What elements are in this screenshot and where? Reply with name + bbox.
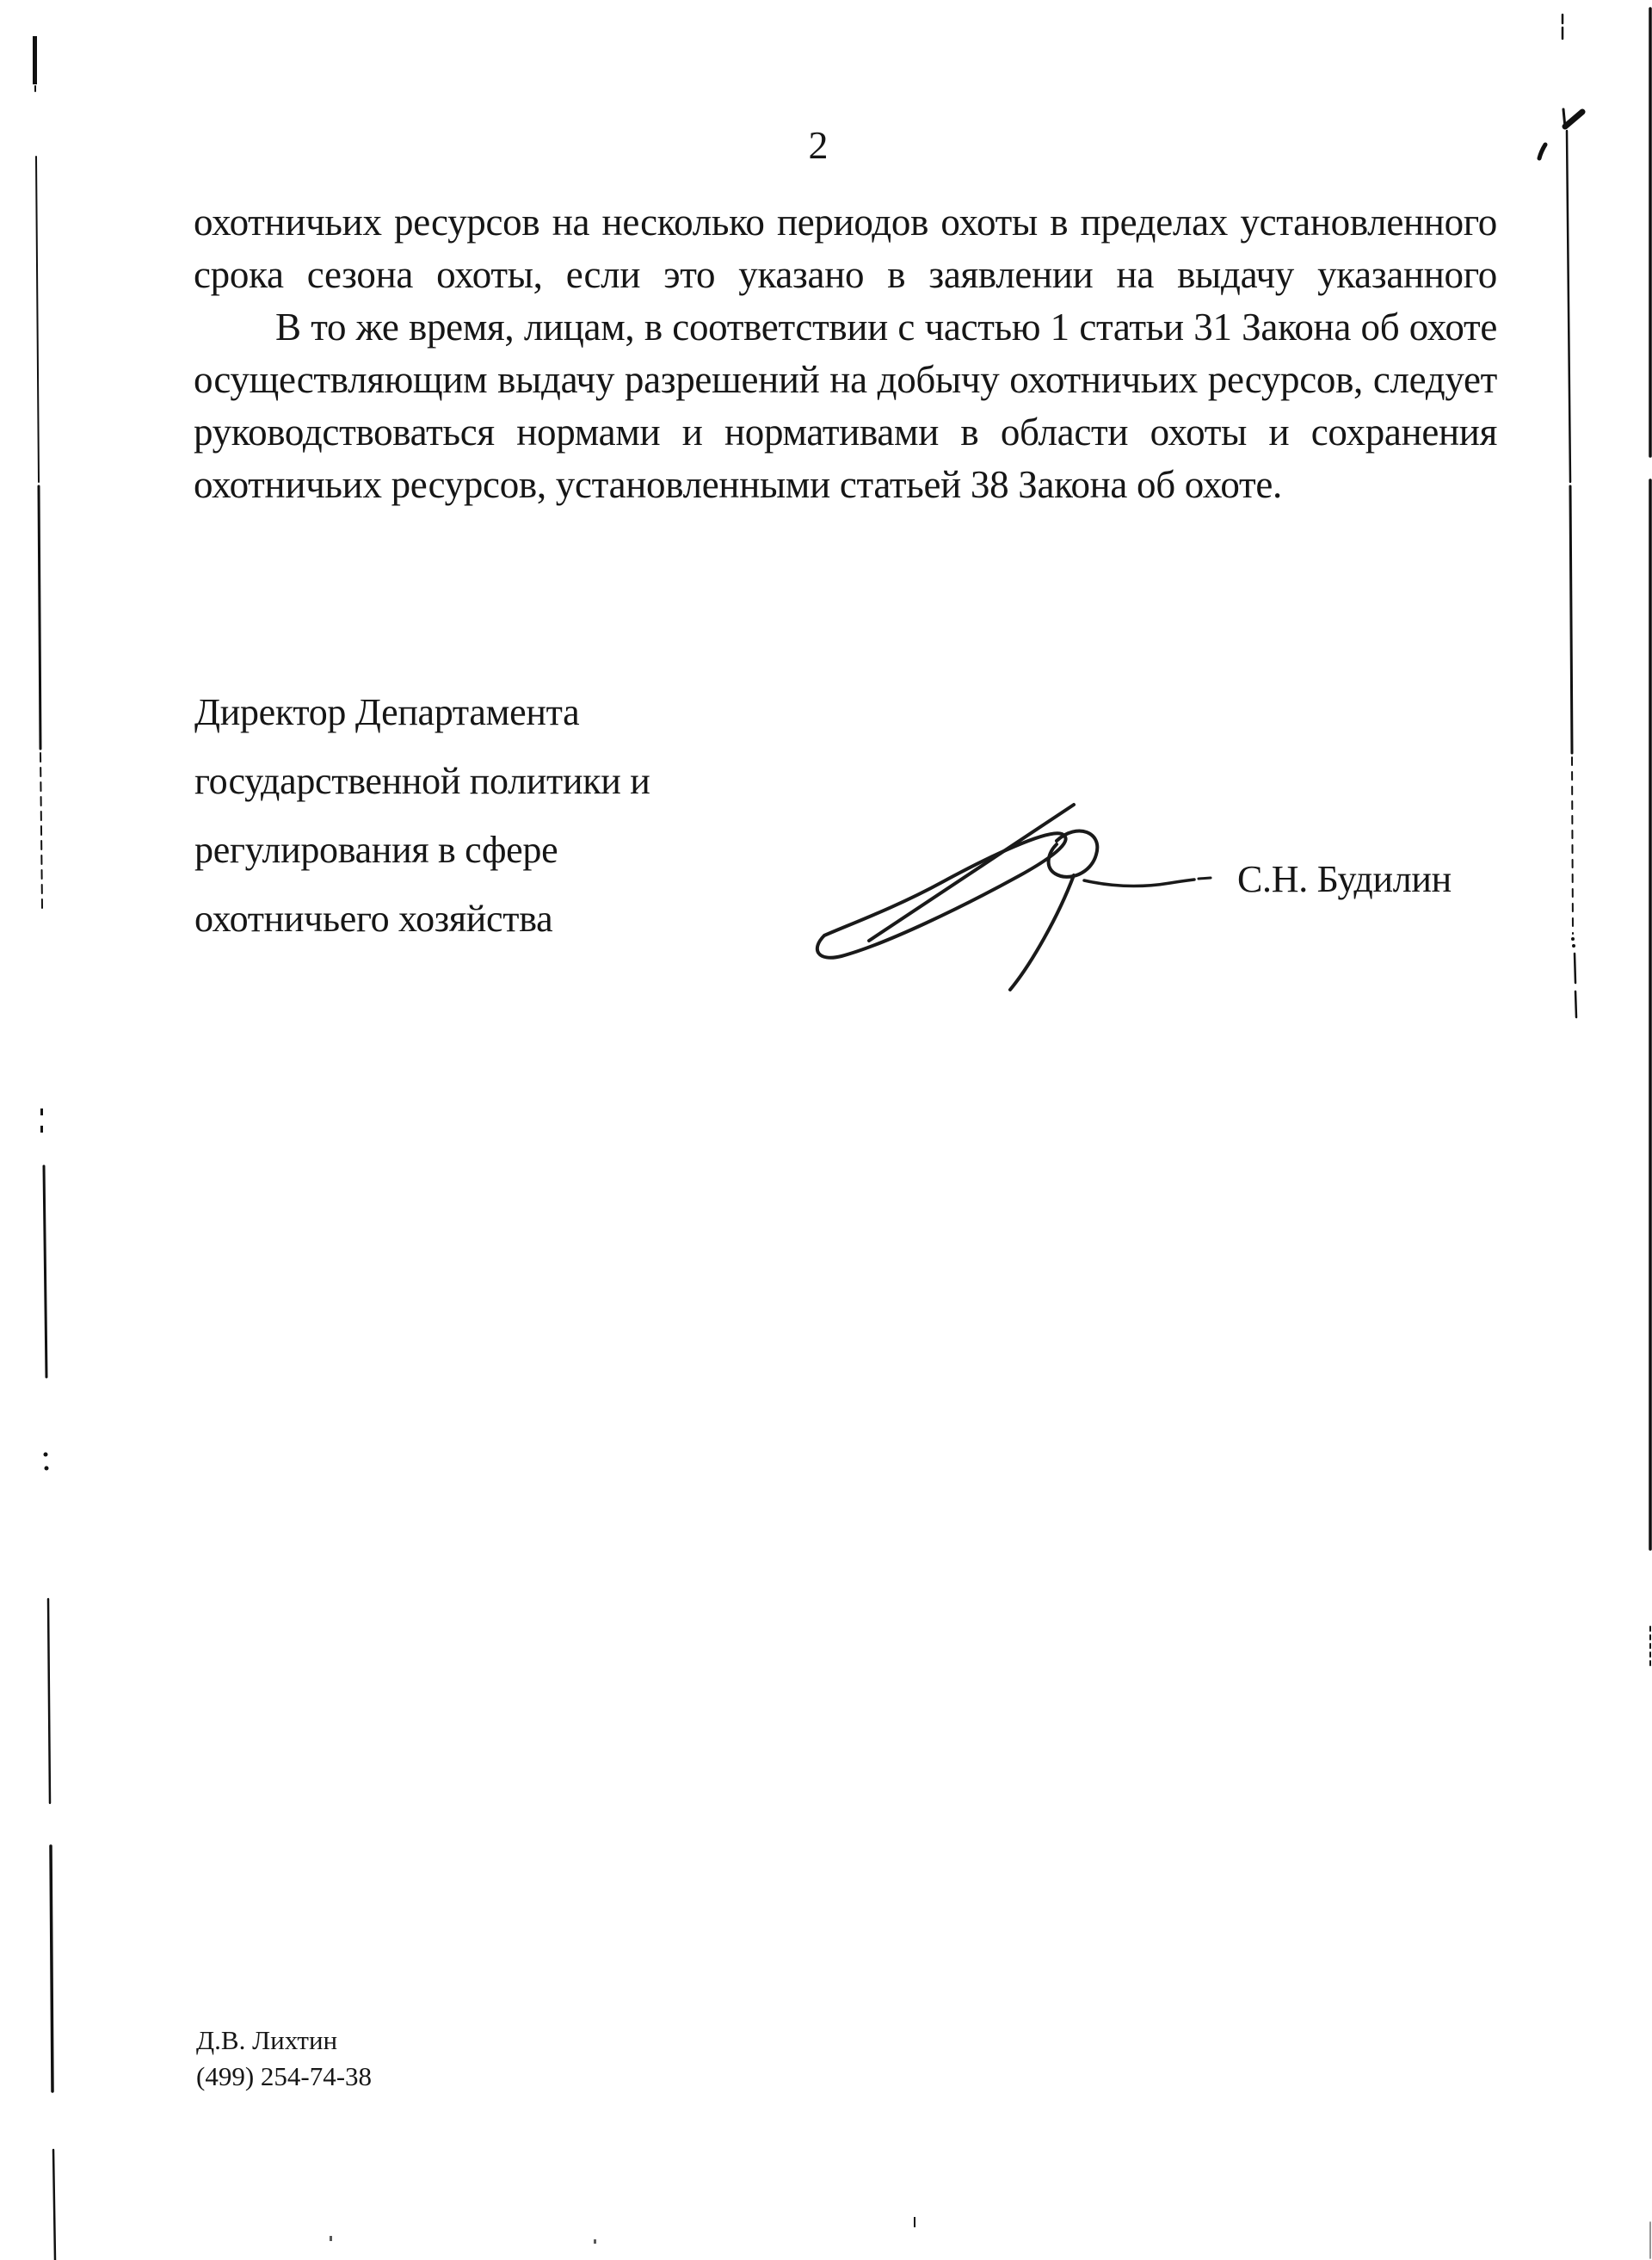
document-body: охотничьих ресурсов на несколько периодо… (194, 196, 1497, 511)
scanned-document-page: 2 охотничьих ресурсов на несколько перио… (0, 0, 1652, 2260)
page-number: 2 (0, 126, 1637, 165)
signature-title-block: Директор Департамента государственной по… (194, 678, 728, 954)
paragraph1-line1: охотничьих ресурсов на несколько периодо… (194, 196, 1497, 249)
signature-title-line: государственной политики и (194, 747, 728, 816)
scan-artifact-left-edge (33, 36, 55, 2260)
executor-phone: (499) 254-74-38 (196, 2059, 372, 2095)
handwritten-signature-icon (800, 796, 1213, 1003)
scan-artifact-bottom-specks (330, 2217, 915, 2244)
executor-contact-block: Д.В. Лихтин (499) 254-74-38 (196, 2022, 372, 2095)
signature-title-line: Директор Департамента (194, 678, 728, 747)
paragraph2-line1: В то же время, лицам, в соответствии с ч… (194, 301, 1497, 354)
paragraph2-line2: осуществляющим выдачу разрешений на добы… (194, 354, 1497, 406)
executor-name: Д.В. Лихтин (196, 2022, 372, 2059)
signature-title-line: охотничьего хозяйства (194, 885, 728, 954)
paragraph2-line4: охотничьих ресурсов, установленными стат… (194, 459, 1497, 511)
paragraph2-line3: руководствоваться нормами и нормативами … (194, 406, 1497, 459)
paragraph1-line2: срока сезона охоты, если это указано в з… (194, 249, 1497, 301)
signature-title-line: регулирования в сфере (194, 816, 728, 885)
signer-name: С.Н. Будилин (1237, 857, 1452, 902)
